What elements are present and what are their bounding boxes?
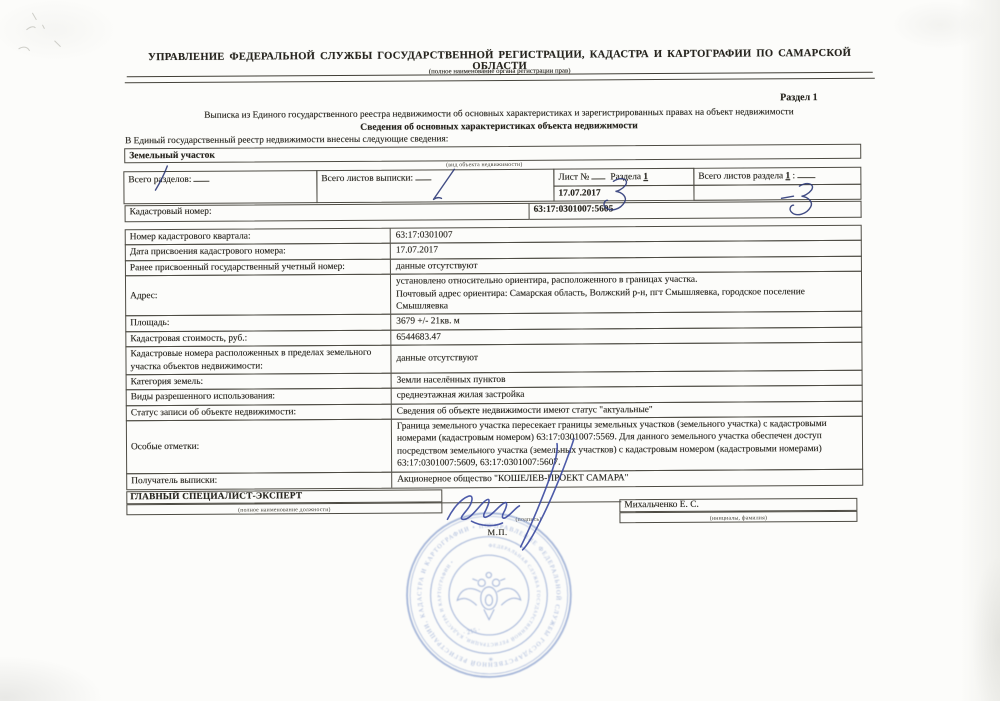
row-value: Акционерное общество "КОШЕЛЕВ-ПРОЕКТ САМ…: [392, 470, 862, 487]
blank-underline: [797, 169, 815, 178]
blank-underline: [592, 170, 606, 179]
document-subtitle: Сведения об основных характеристиках объ…: [104, 119, 894, 135]
row-value: 17.07.2017: [391, 241, 861, 258]
date-cell: 17.07.2017: [553, 185, 694, 202]
stamp-number: · 215 ·: [463, 627, 482, 638]
row-label: Номер кадастрового квартала:: [126, 229, 391, 245]
row-value: данные отсутствуют: [391, 349, 861, 366]
row-label: Кадастровая стоимость, руб.:: [126, 331, 391, 347]
row-label: Получатель выписки:: [127, 472, 392, 489]
blank-underline: [415, 171, 431, 180]
row-label: Категория земель:: [127, 374, 392, 390]
intro-line: В Единый государственный реестр недвижим…: [125, 134, 448, 146]
blank-underline: [194, 173, 210, 182]
position-caption: (полное наименование должности): [238, 507, 331, 514]
header-rule: [125, 78, 875, 84]
svg-text:✳: ✳: [488, 657, 493, 664]
row-label: Статус записи об объекте недвижимости:: [127, 404, 392, 420]
empty-cell: [693, 184, 861, 201]
row-label: Ранее присвоенный государственный учетны…: [126, 259, 391, 275]
row-label: Площадь:: [126, 315, 391, 331]
row-value: данные отсутствуют: [391, 257, 861, 274]
row-value: 3679 +/- 21кв. м: [391, 312, 861, 329]
row-value: Сведения об объекте недвижимости имеют с…: [392, 401, 862, 418]
total-sections-cell: Всего разделов:: [123, 170, 317, 204]
row-value: среднеэтажная жилая застройка: [392, 386, 862, 403]
row-label: Особые отметки:: [127, 420, 392, 473]
details-table: Номер кадастрового квартала: 63:17:03010…: [125, 226, 864, 490]
signature-line: [441, 501, 621, 503]
row-label: Дата присвоения кадастрового номера:: [126, 244, 391, 260]
official-round-stamp: УПРАВЛЕНИЕ ФЕДЕРАЛЬНОЙ СЛУЖБЫ ГОСУДАРСТВ…: [401, 507, 576, 684]
scanned-document-page: УПРАВЛЕНИЕ ФЕДЕРАЛЬНОЙ СЛУЖБЫ ГОСУДАРСТВ…: [0, 0, 1000, 701]
cadastral-number-row: Кадастровый номер: 63:17:0301007:5605: [125, 201, 862, 223]
row-label: Адрес:: [126, 275, 391, 316]
section-label: Раздел 1: [699, 92, 899, 104]
row-value: 63:17:0301007: [391, 226, 861, 243]
row-label: Виды разрешенного использования:: [127, 389, 392, 405]
object-type-caption: (вид объекта недвижимости): [446, 162, 522, 168]
eagle-emblem-icon: [457, 572, 521, 620]
object-type: Земельный участок: [124, 144, 861, 164]
row-value: Земли населённых пунктов: [392, 371, 862, 388]
cadastral-number-label: Кадастровый номер:: [125, 203, 530, 222]
cadastral-number-value: 63:17:0301007:5605: [530, 201, 862, 220]
table-row: Особые отметки: Граница земельного участ…: [126, 416, 863, 474]
total-extract-sheets-cell: Всего листов выписки:: [316, 169, 554, 203]
row-value: 6544683.47: [391, 328, 861, 345]
name-caption: (инициалы, фамилия): [710, 515, 767, 521]
document-content: УПРАВЛЕНИЕ ФЕДЕРАЛЬНОЙ СЛУЖБЫ ГОСУДАРСТВ…: [0, 0, 1000, 701]
row-label: Кадастровые номера расположенных в преде…: [126, 346, 391, 374]
row-value: установлено относительно ориентира, расп…: [391, 272, 861, 314]
sheet-info-grid: Лист № Раздела 1 Всего листов раздела 1 …: [124, 167, 861, 204]
sheet-number-cell: Лист № Раздела 1: [553, 168, 694, 187]
table-row: Адрес: установлено относительно ориентир…: [125, 271, 862, 317]
pencil-marks: [18, 13, 60, 51]
row-value: Граница земельного участка пересекает гр…: [392, 417, 862, 471]
